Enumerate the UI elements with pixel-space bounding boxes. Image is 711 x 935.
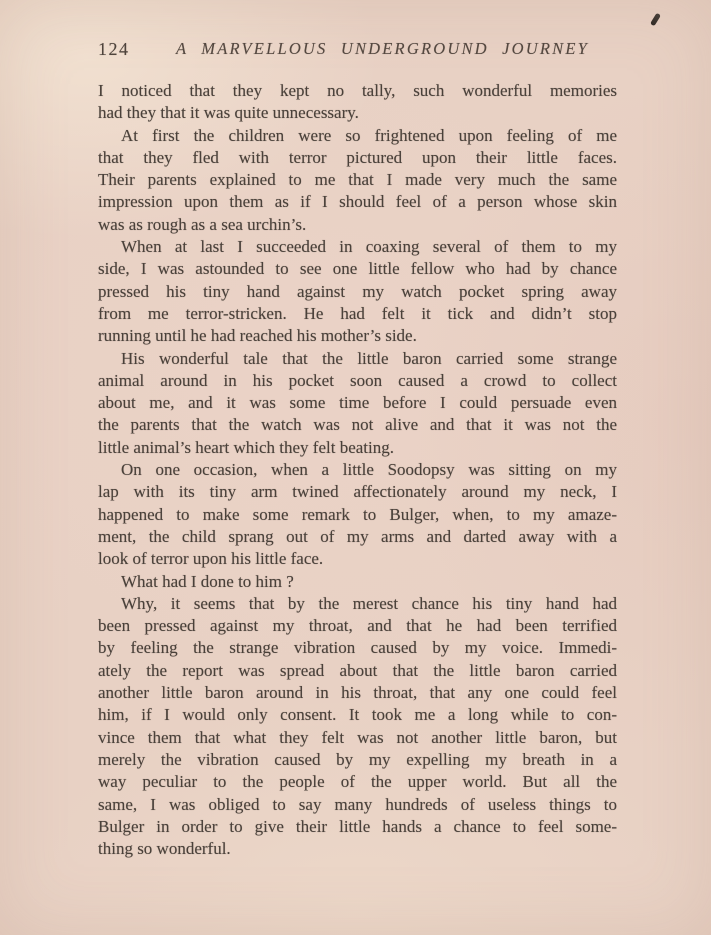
text-line: vince them that what they felt was not a… bbox=[98, 727, 617, 749]
running-head: 124 A MARVELLOUS UNDERGROUND JOURNEY bbox=[98, 39, 617, 63]
text-line: impression upon them as if I should feel… bbox=[98, 191, 617, 213]
text-line: Why, it seems that by the merest chance … bbox=[98, 593, 617, 615]
text-line: What had I done to him ? bbox=[98, 571, 617, 593]
text-line: At first the children were so frightened… bbox=[98, 125, 617, 147]
text-line: had they that it was quite unnecessary. bbox=[98, 102, 617, 124]
text-line: little animal’s heart which they felt be… bbox=[98, 437, 617, 459]
page-number: 124 bbox=[98, 39, 130, 60]
page-body-text: I noticed that they kept no tally, such … bbox=[98, 80, 617, 860]
text-line: His wonderful tale that the little baron… bbox=[98, 348, 617, 370]
text-line: side, I was astounded to see one little … bbox=[98, 258, 617, 280]
text-line: ately the report was spread about that t… bbox=[98, 660, 617, 682]
text-line: been pressed against my throat, and that… bbox=[98, 615, 617, 637]
text-line: was as rough as a sea urchin’s. bbox=[98, 214, 617, 236]
text-line: Their parents explained to me that I mad… bbox=[98, 169, 617, 191]
text-line: thing so wonderful. bbox=[98, 838, 617, 860]
text-line: way peculiar to the people of the upper … bbox=[98, 771, 617, 793]
text-line: merely the vibration caused by my expell… bbox=[98, 749, 617, 771]
text-line: another little baron around in his throa… bbox=[98, 682, 617, 704]
text-line: ment, the child sprang out of my arms an… bbox=[98, 526, 617, 548]
text-line: On one occasion, when a little Soodopsy … bbox=[98, 459, 617, 481]
text-line: lap with its tiny arm twined affectionat… bbox=[98, 481, 617, 503]
text-line: look of terror upon his little face. bbox=[98, 548, 617, 570]
text-line: by feeling the strange vibration caused … bbox=[98, 637, 617, 659]
text-line: about me, and it was some time before I … bbox=[98, 392, 617, 414]
text-line: When at last I succeeded in coaxing seve… bbox=[98, 236, 617, 258]
text-line: that they fled with terror pictured upon… bbox=[98, 147, 617, 169]
ink-speck bbox=[650, 13, 661, 27]
text-line: I noticed that they kept no tally, such … bbox=[98, 80, 617, 102]
text-line: happened to make some remark to Bulger, … bbox=[98, 504, 617, 526]
text-line: pressed his tiny hand against my watch p… bbox=[98, 281, 617, 303]
book-page-scan: 124 A MARVELLOUS UNDERGROUND JOURNEY I n… bbox=[0, 0, 711, 935]
text-line: same, I was obliged to say many hundreds… bbox=[98, 794, 617, 816]
text-line: Bulger in order to give their little han… bbox=[98, 816, 617, 838]
text-line: from me terror-stricken. He had felt it … bbox=[98, 303, 617, 325]
text-line: running until he had reached his mother’… bbox=[98, 325, 617, 347]
text-line: animal around in his pocket soon caused … bbox=[98, 370, 617, 392]
text-line: him, if I would only consent. It took me… bbox=[98, 704, 617, 726]
running-title: A MARVELLOUS UNDERGROUND JOURNEY bbox=[98, 39, 617, 59]
text-line: the parents that the watch was not alive… bbox=[98, 414, 617, 436]
